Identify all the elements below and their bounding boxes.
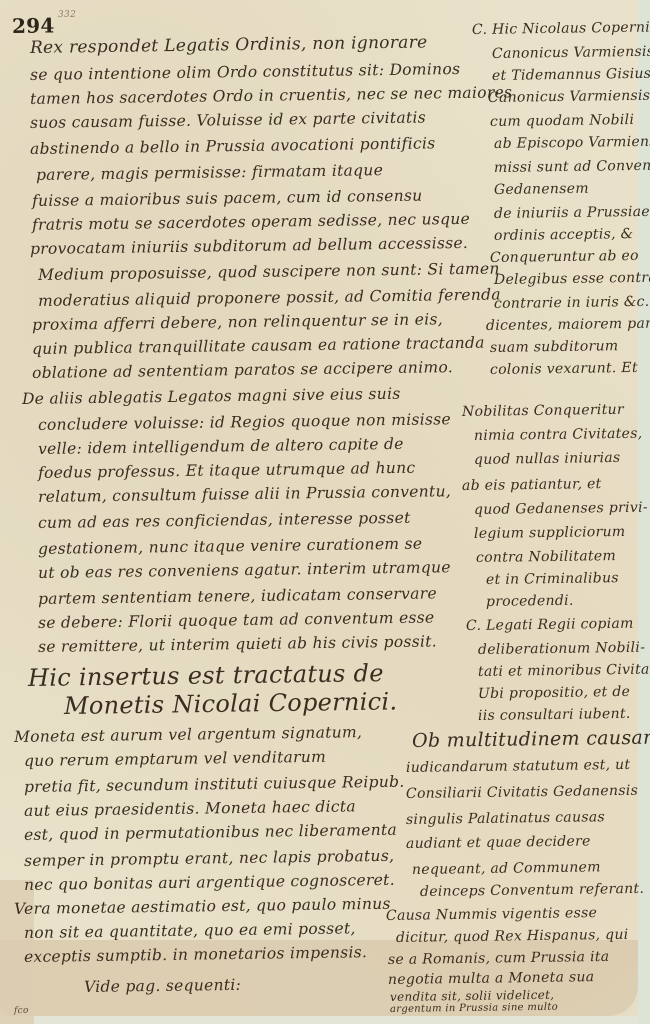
note-line: Delegibus esse contra: [494, 270, 650, 288]
note-line: dicitur, quod Rex Hispanus, qui: [396, 927, 629, 946]
note-line: contrarie in iuris &c.: [494, 294, 650, 312]
text-line: fratris motu se sacerdotes operam sediss…: [32, 210, 470, 234]
note-line: colonis vexarunt. Et: [490, 360, 638, 378]
note-line: C. Hic Nicolaus Copernicus: [472, 19, 650, 38]
old-folio-number: 332: [58, 10, 76, 20]
note-line: suam subditorum: [490, 338, 619, 356]
note-line: iudicandarum statutum est, ut: [406, 757, 631, 776]
note-line: ordinis acceptis, &: [494, 226, 634, 244]
manuscript-page: 294 332 Rex respondet Legatis Ordinis, n…: [0, 0, 638, 1016]
continuation-note: Vide pag. sequenti:: [84, 976, 241, 996]
text-line: fuisse a maioribus suis pacem, cum id co…: [32, 187, 423, 210]
note-line: legium suppliciorum: [474, 524, 626, 542]
text-line: cum ad eas res conficiendas, interesse p…: [38, 509, 411, 532]
text-line: ut ob eas res conveniens agatur. interim…: [38, 558, 451, 582]
text-line: nec quo bonitas auri argentique cognosce…: [24, 871, 395, 894]
note-line: Consiliarii Civitatis Gedanensis: [406, 783, 638, 802]
note-line: nimia contra Civitates,: [474, 426, 643, 444]
note-line: contra Nobilitatem: [476, 548, 616, 566]
note-line: et Tidemannus Gisius: [492, 66, 650, 84]
note-line: argentum in Prussia sine multo: [390, 1002, 558, 1015]
note-line: se a Romanis, cum Prussia ita: [388, 949, 610, 968]
note-line: Canonicus Varmiensis: [492, 44, 650, 62]
text-line: Medium proposuisse, quod suscipere non s…: [38, 260, 500, 284]
note-line: Gedanensem: [494, 181, 589, 198]
note-line: Ubi propositio, et de: [478, 684, 630, 702]
note-line: missi sunt ad Conventum: [494, 157, 650, 176]
text-line: Rex respondet Legatis Ordinis, non ignor…: [30, 32, 428, 58]
heading-line: Monetis Nicolai Copernici.: [64, 687, 398, 720]
note-line: cum quodam Nobili: [490, 112, 634, 130]
note-line: tati et minoribus Civitat.: [478, 661, 650, 680]
text-line: quo rerum emptarum vel venditarum: [24, 748, 326, 770]
note-line: audiant et quae decidere: [406, 833, 591, 852]
text-line: velle: idem intelligendum de altero capi…: [38, 435, 404, 458]
text-line: quin publica tranquillitate causam ea ra…: [32, 334, 485, 358]
text-line: gestationem, nunc itaque venire curation…: [38, 535, 423, 558]
text-line: Moneta est aurum vel argentum signatum,: [14, 723, 362, 746]
note-line: Causa Nummis vigentis esse: [386, 905, 597, 924]
note-line: Nobilitas Conqueritur: [462, 402, 624, 420]
heading-line: Hic insertus est tractatus de: [28, 659, 384, 692]
corner-mark: fco: [14, 1006, 29, 1016]
text-line: proxima afferri debere, non relinquentur…: [32, 310, 443, 334]
note-line: ab Episcopo Varmiensi: [494, 134, 650, 152]
text-line: se remittere, ut interim quieti ab his c…: [38, 632, 437, 656]
note-line: et in Criminalibus: [486, 570, 619, 588]
text-line: non sit ea quantitate, quo ea emi posset…: [24, 919, 356, 942]
text-line: partem sententiam tenere, iudicatam cons…: [38, 584, 437, 608]
note-line: Canonicus Varmiensis: [488, 88, 650, 106]
note-line: C. Legati Regii copiam: [466, 616, 634, 634]
note-line: procedendi.: [486, 593, 574, 610]
text-line: semper in promptu erant, nec lapis proba…: [24, 847, 394, 870]
folio-number: 294: [12, 13, 55, 38]
text-line: foedus professus. Et itaque utrumque ad …: [38, 459, 416, 482]
text-line: oblatione ad sententiam paratos se accip…: [32, 358, 453, 382]
text-line: provocatam iniuriis subditorum ad bellum…: [30, 234, 468, 258]
note-line: negotia multa a Moneta sua: [388, 969, 595, 988]
text-line: se debere: Florii quoque tam ad conventu…: [38, 608, 435, 632]
note-line: de iniuriis a Prussiae: [494, 204, 650, 222]
text-line: parere, magis permisisse: firmatam itaqu…: [36, 161, 383, 184]
note-line: iis consultari iubent.: [478, 706, 631, 724]
text-line: Vera monetae aestimatio est, quo paulo m…: [14, 895, 391, 918]
note-line: quod nullas iniurias: [474, 450, 621, 468]
note-line: nequeant, ad Communem: [412, 859, 601, 878]
text-line: aut eius praesidentis. Moneta haec dicta: [24, 797, 356, 820]
text-line: tamen hos sacerdotes Ordo in cruentis, n…: [30, 83, 512, 108]
text-line: relatum, consultum fuisse alii in Prussi…: [38, 482, 451, 506]
note-line: dicentes, maiorem partem: [486, 315, 650, 334]
text-line: concludere voluisse: id Regios quoque no…: [38, 410, 451, 434]
text-line: De aliis ablegatis Legatos magni sive ei…: [22, 385, 401, 408]
note-line: Ob multitudinem causarum: [412, 726, 650, 752]
text-line: pretia fit, secundum instituti cuiusque …: [24, 773, 405, 796]
note-line: quod Gedanenses privi-: [474, 500, 648, 518]
text-line: se quo intentione olim Ordo constitutus …: [30, 60, 461, 84]
text-line: abstinendo a bello in Prussia avocationi…: [30, 134, 436, 158]
note-line: deinceps Conventum referant.: [420, 881, 644, 900]
text-line: moderatius aliquid proponere possit, ad …: [38, 286, 501, 310]
note-line: deliberationum Nobili-: [478, 640, 645, 658]
text-line: est, quod in permutationibus nec liberam…: [24, 821, 397, 844]
note-line: ab eis patiantur, et: [462, 476, 602, 494]
text-line: suos causam fuisse. Voluisse id ex parte…: [30, 108, 426, 132]
note-line: singulis Palatinatus causas: [406, 809, 605, 828]
note-line: Conqueruntur ab eo: [490, 248, 639, 266]
